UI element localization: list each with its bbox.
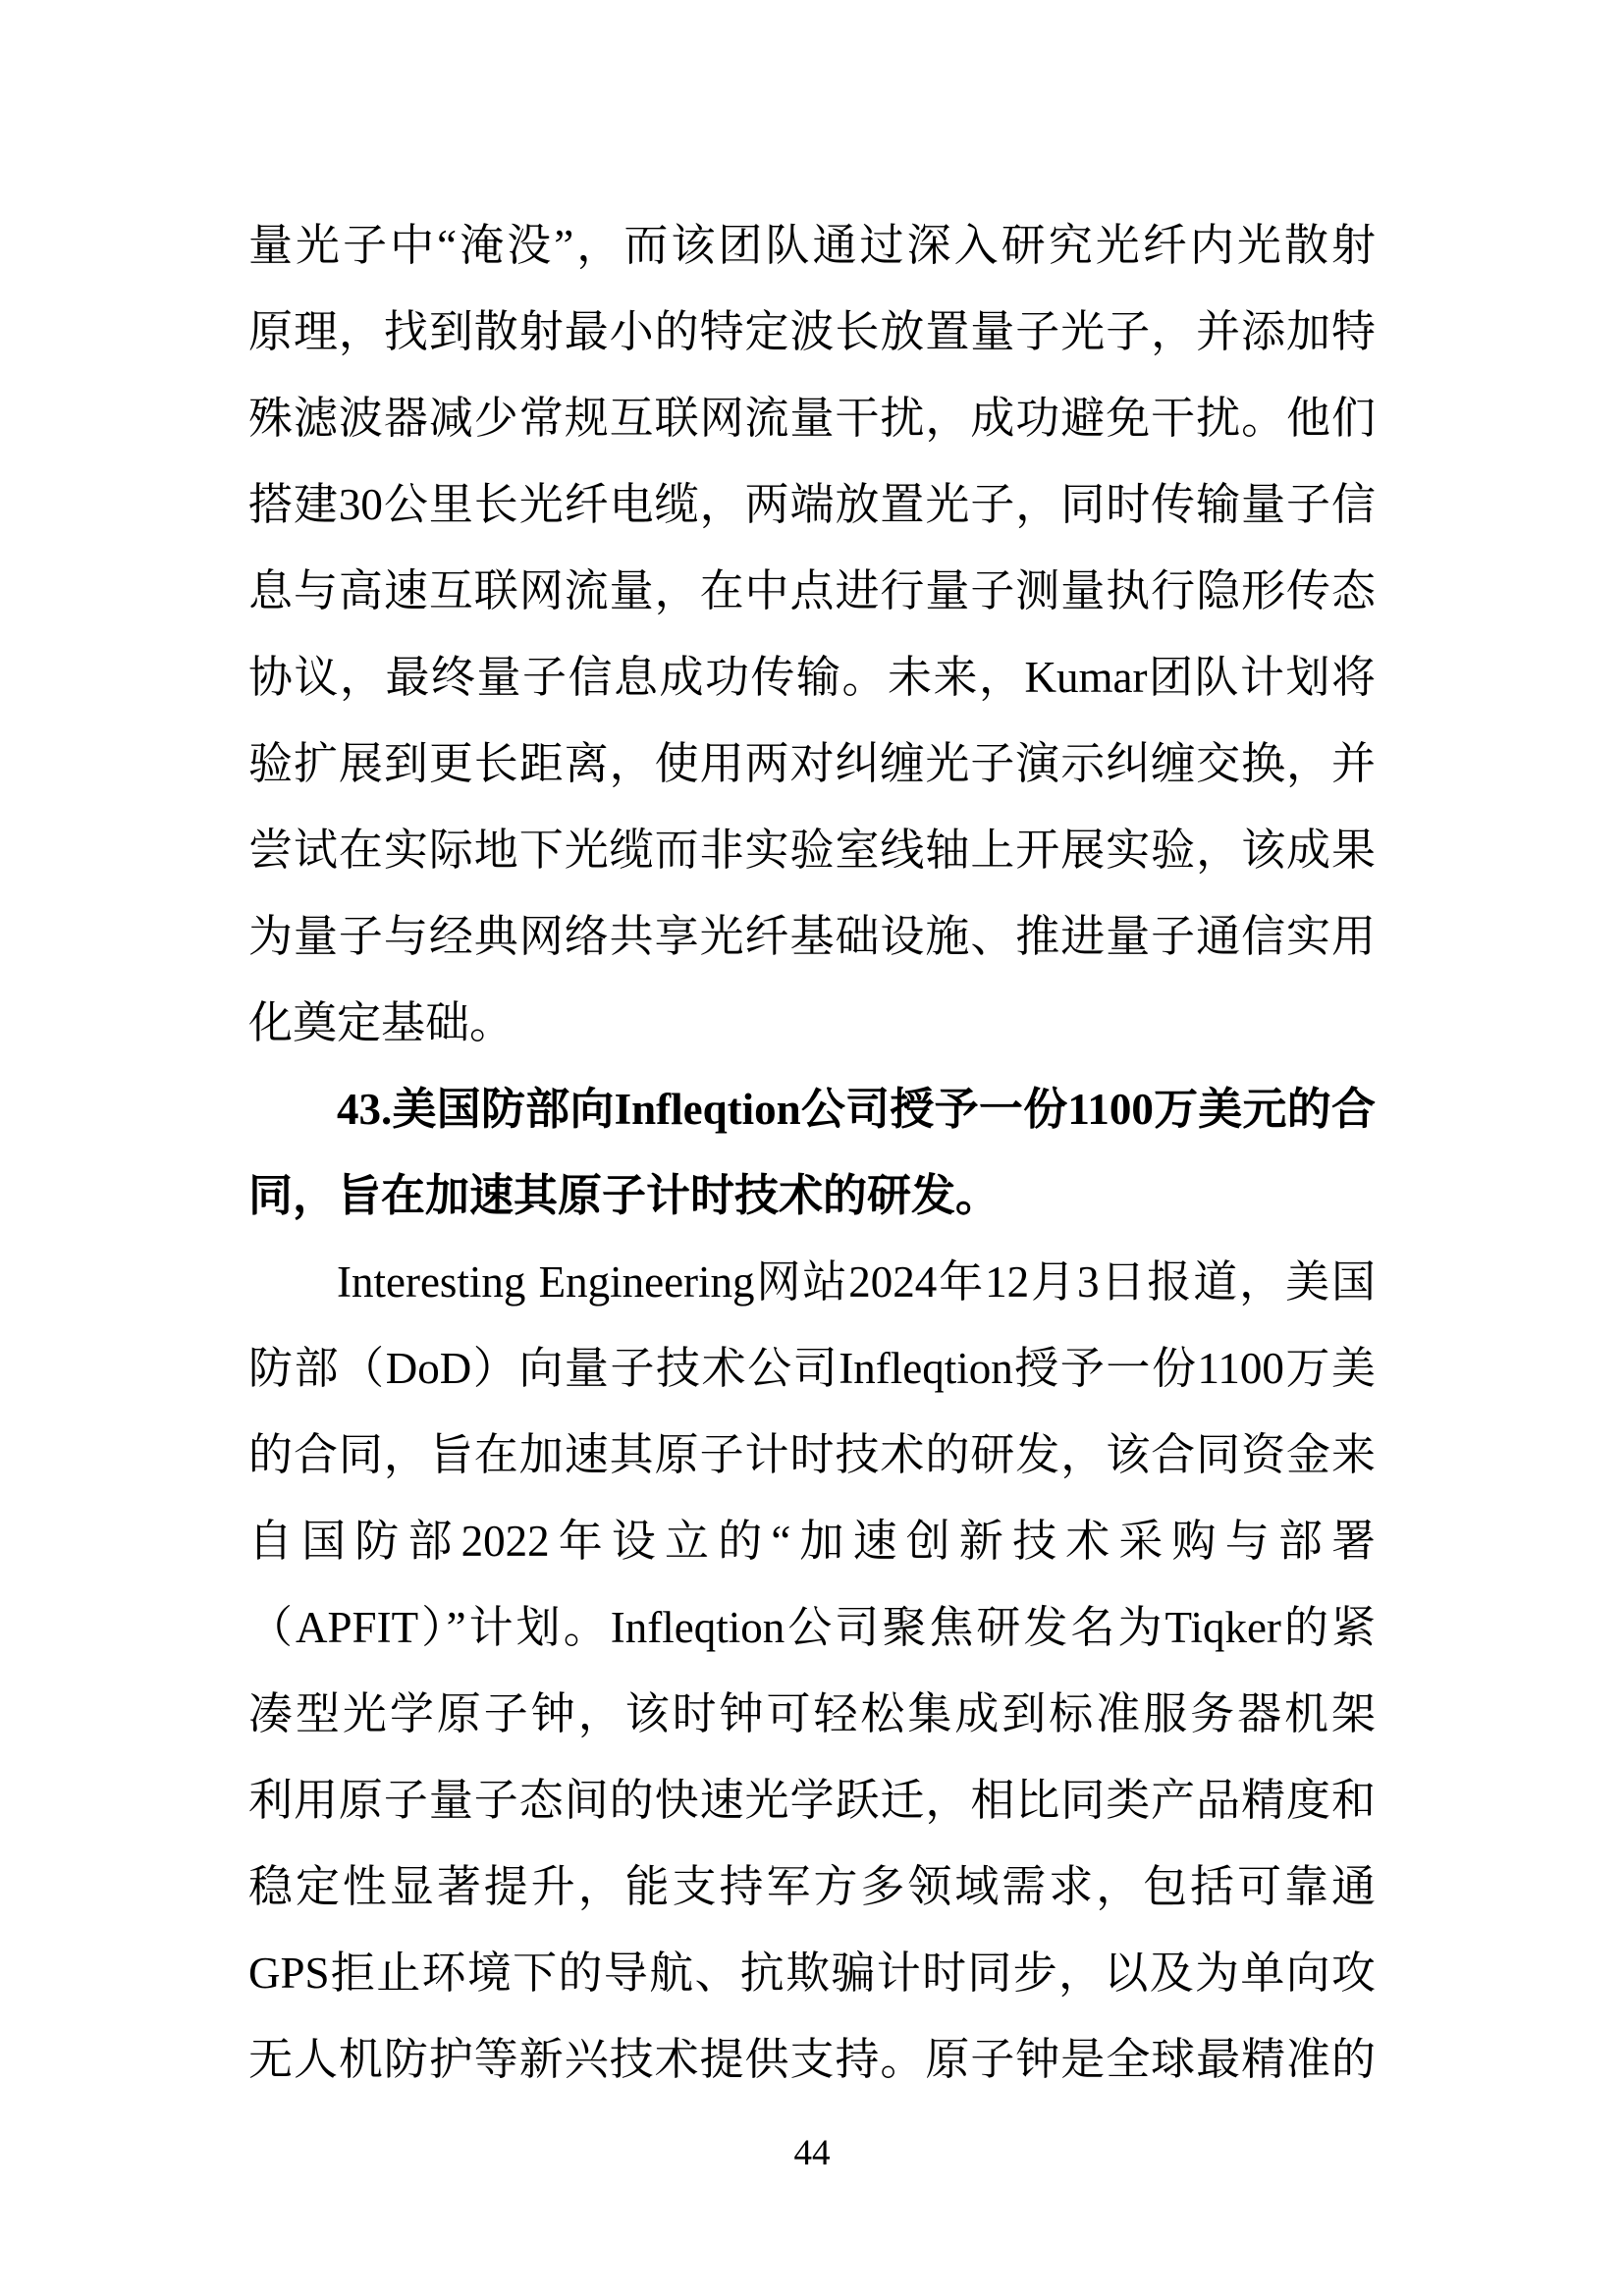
text-line: 利用原子量子态间的快速光学跃迁，相比同类产品精度和 (248, 1757, 1376, 1843)
text-line: GPS拒止环境下的导航、抗欺骗计时同步，以及为单向攻击 (248, 1930, 1376, 2016)
text-line: 息与高速互联网流量，在中点进行量子测量执行隐形传态 (248, 548, 1376, 634)
text-line: 自国防部2022年设立的“加速创新技术采购与部署 (248, 1498, 1376, 1584)
text-line: 验扩展到更长距离，使用两对纠缠光子演示纠缠交换，并 (248, 721, 1376, 807)
text-line: （APFIT）”计划。Infleqtion公司聚焦研发名为Tiqker的紧 (248, 1584, 1376, 1671)
text-line: 防部（DoD）向量子技术公司Infleqtion授予一份1100万美元 (248, 1325, 1376, 1412)
document-page: 量光子中“淹没”，而该团队通过深入研究光纤内光散射 原理，找到散射最小的特定波长… (0, 0, 1624, 2296)
text-line: Interesting Engineering网站2024年12月3日报道，美国… (248, 1239, 1376, 1325)
text-line: 尝试在实际地下光缆而非实验室线轴上开展实验，该成果 (248, 807, 1376, 893)
heading-line: 43.美国防部向Infleqtion公司授予一份1100万美元的合 (248, 1066, 1376, 1152)
text-line: 无人机防护等新兴技术提供支持。原子钟是全球最精准的 (248, 2016, 1376, 2103)
text-line: 稳定性显著提升，能支持军方多领域需求，包括可靠通信、 (248, 1843, 1376, 1930)
text-line: 原理，找到散射最小的特定波长放置量子光子，并添加特 (248, 289, 1376, 375)
text-line: 的合同，旨在加速其原子计时技术的研发，该合同资金来 (248, 1412, 1376, 1498)
text-line: 殊滤波器减少常规互联网流量干扰，成功避免干扰。他们 (248, 375, 1376, 461)
text-line: 搭建30公里长光纤电缆，两端放置光子，同时传输量子信 (248, 461, 1376, 548)
text-block: 量光子中“淹没”，而该团队通过深入研究光纤内光散射 原理，找到散射最小的特定波长… (248, 202, 1376, 2103)
text-line: 量光子中“淹没”，而该团队通过深入研究光纤内光散射 (248, 202, 1376, 289)
page-number: 44 (0, 2132, 1624, 2175)
text-line: 为量子与经典网络共享光纤基础设施、推进量子通信实用 (248, 893, 1376, 980)
text-line: 化奠定基础。 (248, 980, 1376, 1066)
text-line: 凑型光学原子钟，该时钟可轻松集成到标准服务器机架中， (248, 1671, 1376, 1757)
text-line: 协议，最终量子信息成功传输。未来，Kumar团队计划将实 (248, 634, 1376, 721)
heading-line: 同，旨在加速其原子计时技术的研发。 (248, 1152, 1376, 1239)
